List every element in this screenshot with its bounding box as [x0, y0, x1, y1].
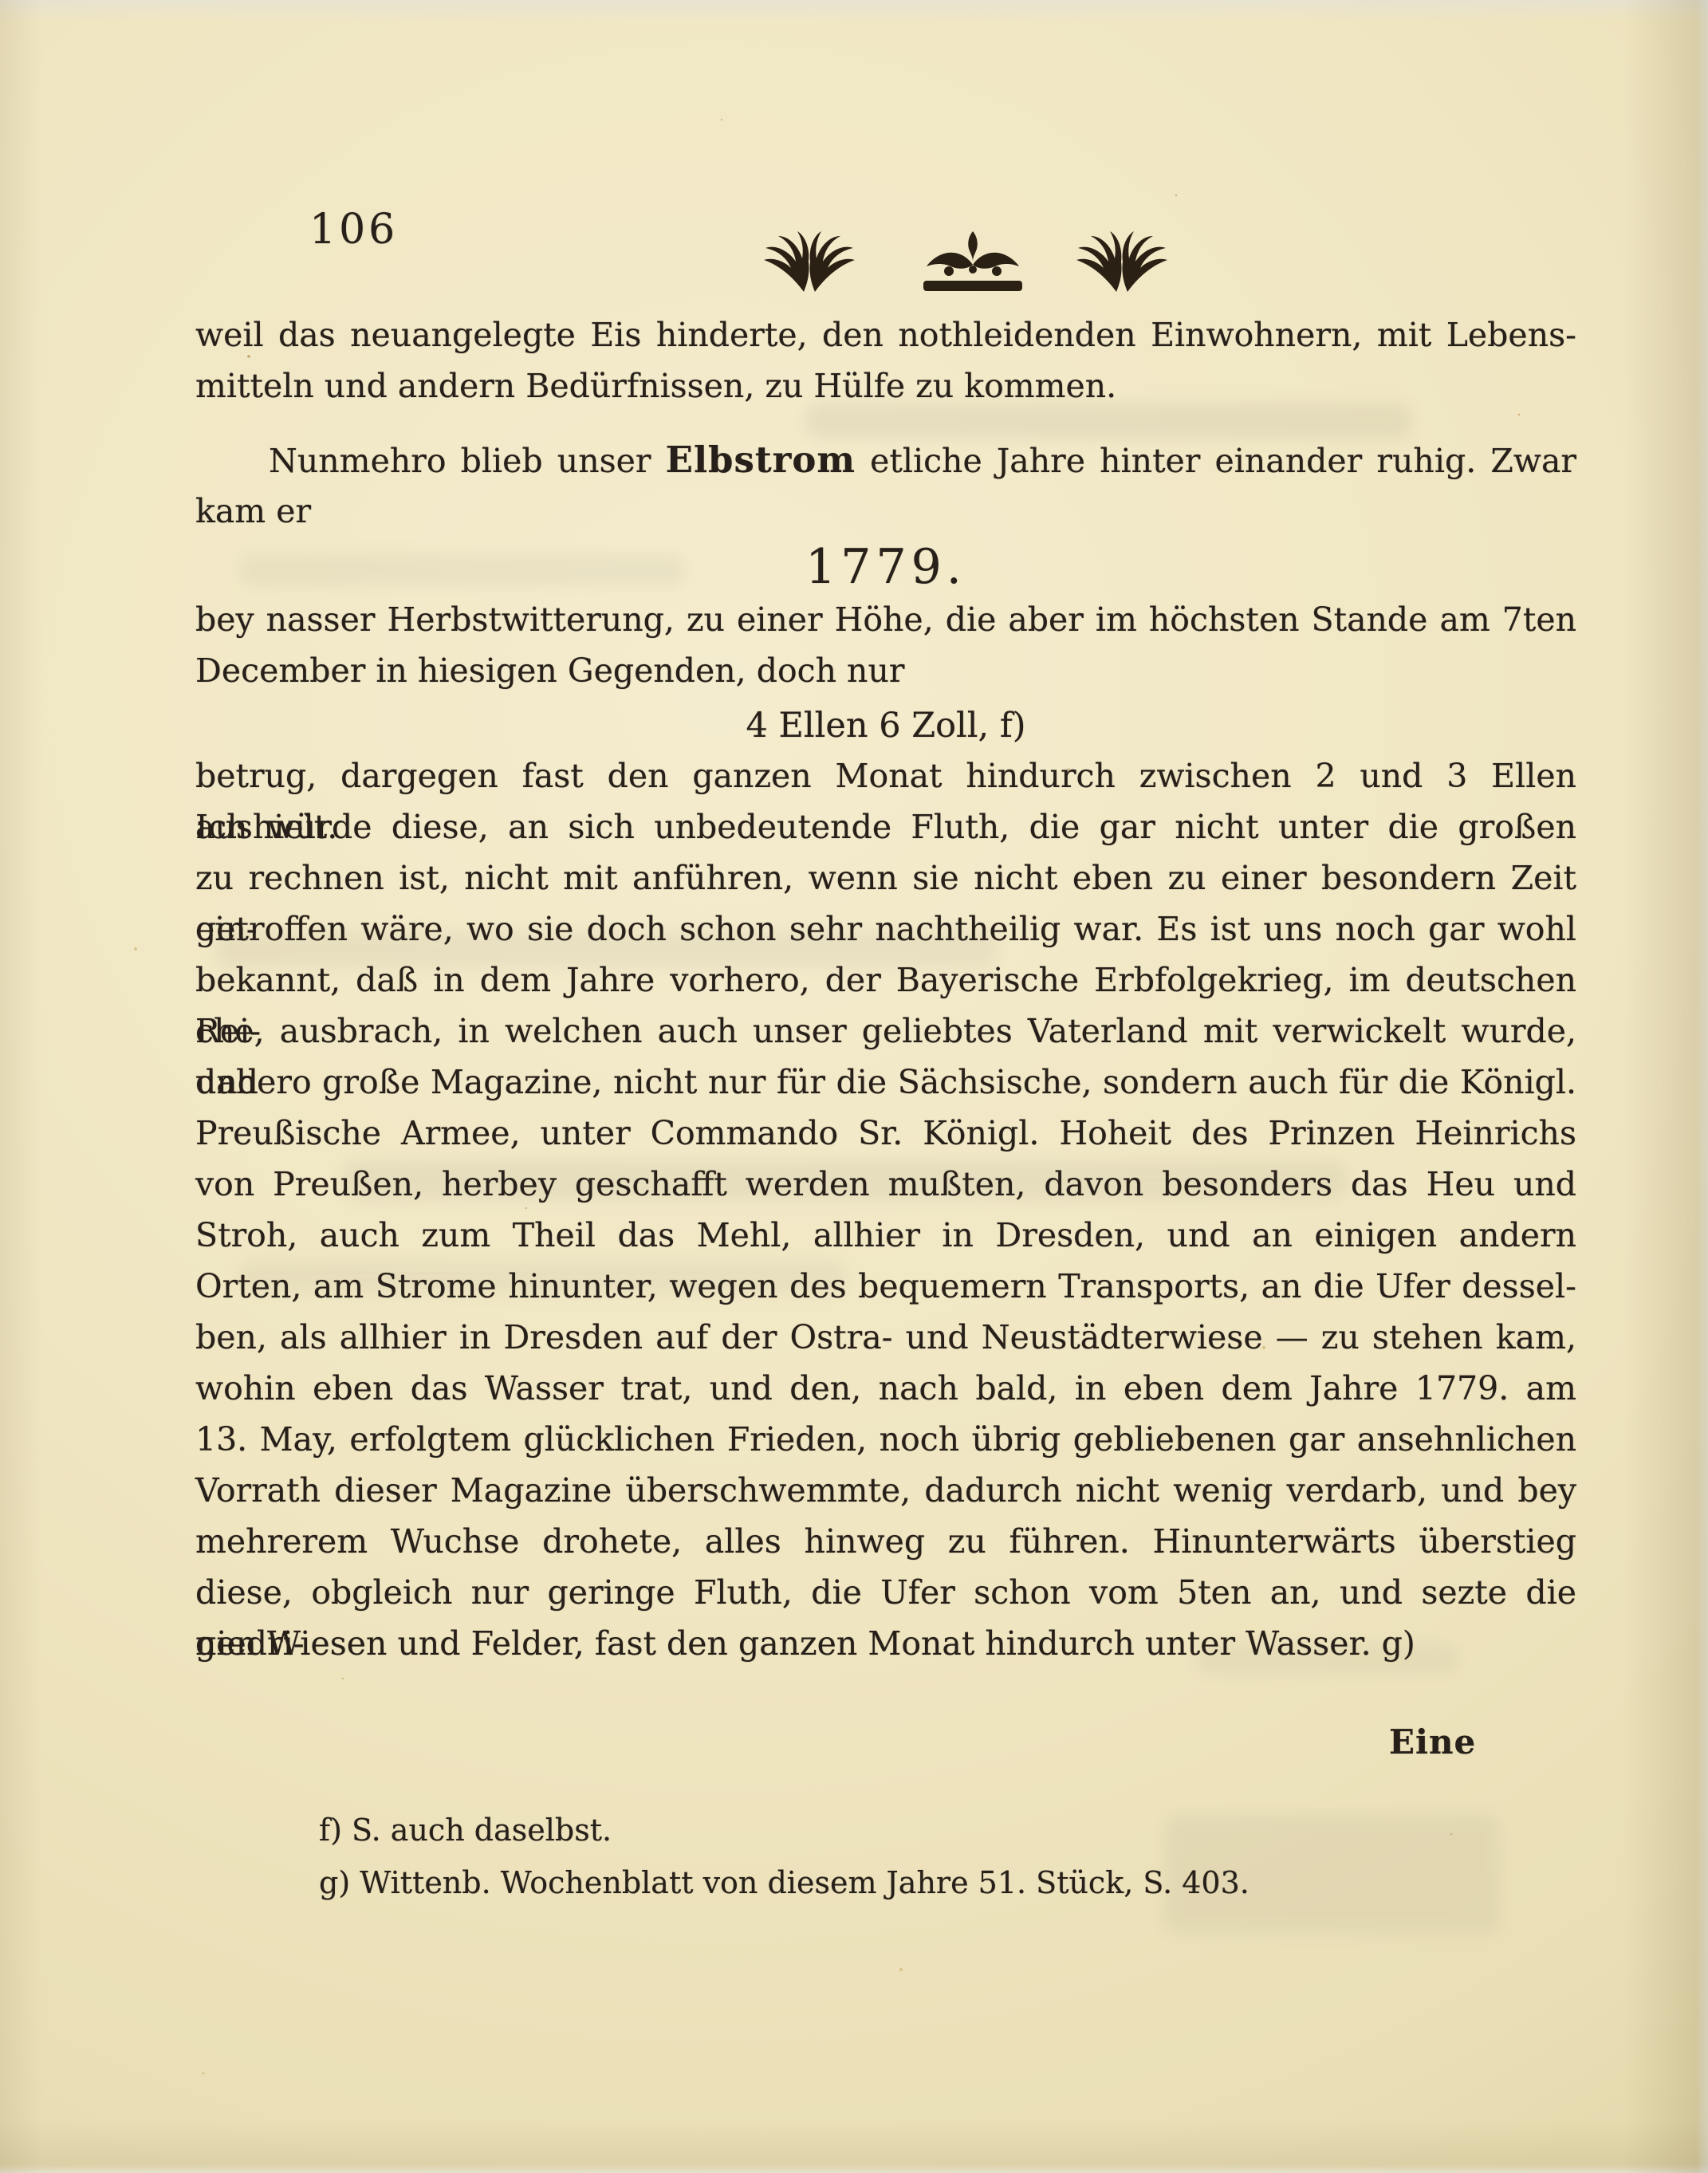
header-ornament-row — [750, 222, 1196, 309]
text-line: bekannt, daß in dem Jahre vorhero, der B… — [195, 955, 1576, 1006]
paragraph-flood-height: bey nasser Herbstwitterung, zu einer Höh… — [195, 594, 1576, 696]
footnote-f: f) S. auch daselbst. — [319, 1804, 1515, 1856]
text-line: weil das neuangelegte Eis hinderte, den … — [195, 309, 1576, 360]
text-line: December in hiesigen Gegenden, doch nur — [195, 645, 1576, 696]
fleuron-leaves-icon — [1062, 222, 1182, 301]
fleuron-leaves-icon — [750, 222, 869, 301]
footnotes-block: f) S. auch daselbst. g) Wittenb. Wochenb… — [319, 1804, 1515, 1909]
paragraph-elbstrom: Nunmehro blieb unser Elbstrom etliche Ja… — [195, 435, 1576, 537]
text-line: Ich würde diese, an sich unbedeutende Fl… — [195, 801, 1576, 852]
elbstrom-emphasis: Elbstrom — [666, 439, 856, 481]
text-line: ben, als allhier in Dresden auf der Ostr… — [195, 1312, 1576, 1363]
text-line: diese, obgleich nur geringe Fluth, die U… — [195, 1567, 1576, 1618]
text-line: Stroh, auch zum Theil das Mehl, allhier … — [195, 1210, 1576, 1261]
text-line: 13. May, erfolgtem glücklichen Frieden, … — [195, 1414, 1576, 1465]
text-line: kam er — [195, 486, 1576, 537]
text-segment: Nunmehro blieb unser — [269, 442, 666, 480]
text-line: von Preußen, herbey geschafft werden muß… — [195, 1159, 1576, 1210]
page-number: 106 — [309, 206, 398, 254]
text-line: gen Wiesen und Felder, fast den ganzen M… — [195, 1618, 1576, 1669]
text-line: Orten, am Strome hinunter, wegen des beq… — [195, 1261, 1576, 1312]
paragraph-main: betrug, dargegen fast den ganzen Monat h… — [195, 750, 1576, 1669]
year-heading: 1779. — [195, 536, 1576, 598]
text-line: zu rechnen ist, nicht mit anführen, wenn… — [195, 852, 1576, 903]
text-line: getroffen wäre, wo sie doch schon sehr n… — [195, 903, 1576, 955]
text-line: Preußische Armee, unter Commando Sr. Kön… — [195, 1108, 1576, 1159]
footnote-g: g) Wittenb. Wochenblatt von diesem Jahre… — [319, 1856, 1515, 1909]
text-line: Nunmehro blieb unser Elbstrom etliche Ja… — [195, 435, 1576, 486]
text-line: wohin eben das Wasser trat, und den, nac… — [195, 1363, 1576, 1414]
text-line: betrug, dargegen fast den ganzen Monat h… — [195, 750, 1576, 801]
paragraph-intro: weil das neuangelegte Eis hinderte, den … — [195, 309, 1576, 411]
text-segment: etliche Jahre hinter einander ruhig. Zwa… — [856, 442, 1576, 480]
text-line: mehrerem Wuchse drohete, alles hinweg zu… — [195, 1516, 1576, 1567]
catchword: Eine — [1389, 1717, 1580, 1768]
text-line: che, ausbrach, in welchen auch unser gel… — [195, 1006, 1576, 1057]
book-page: 106 — [0, 0, 1708, 2173]
fleuron-rule-icon — [919, 230, 1027, 298]
text-line: bey nasser Herbstwitterung, zu einer Höh… — [195, 594, 1576, 645]
text-line: mitteln und andern Bedürfnissen, zu Hülf… — [195, 360, 1576, 411]
text-line: dahero große Magazine, nicht nur für die… — [195, 1057, 1576, 1108]
text-line: Vorrath dieser Magazine überschwemmte, d… — [195, 1465, 1576, 1516]
measurement-line: 4 Ellen 6 Zoll, f) — [195, 700, 1576, 751]
